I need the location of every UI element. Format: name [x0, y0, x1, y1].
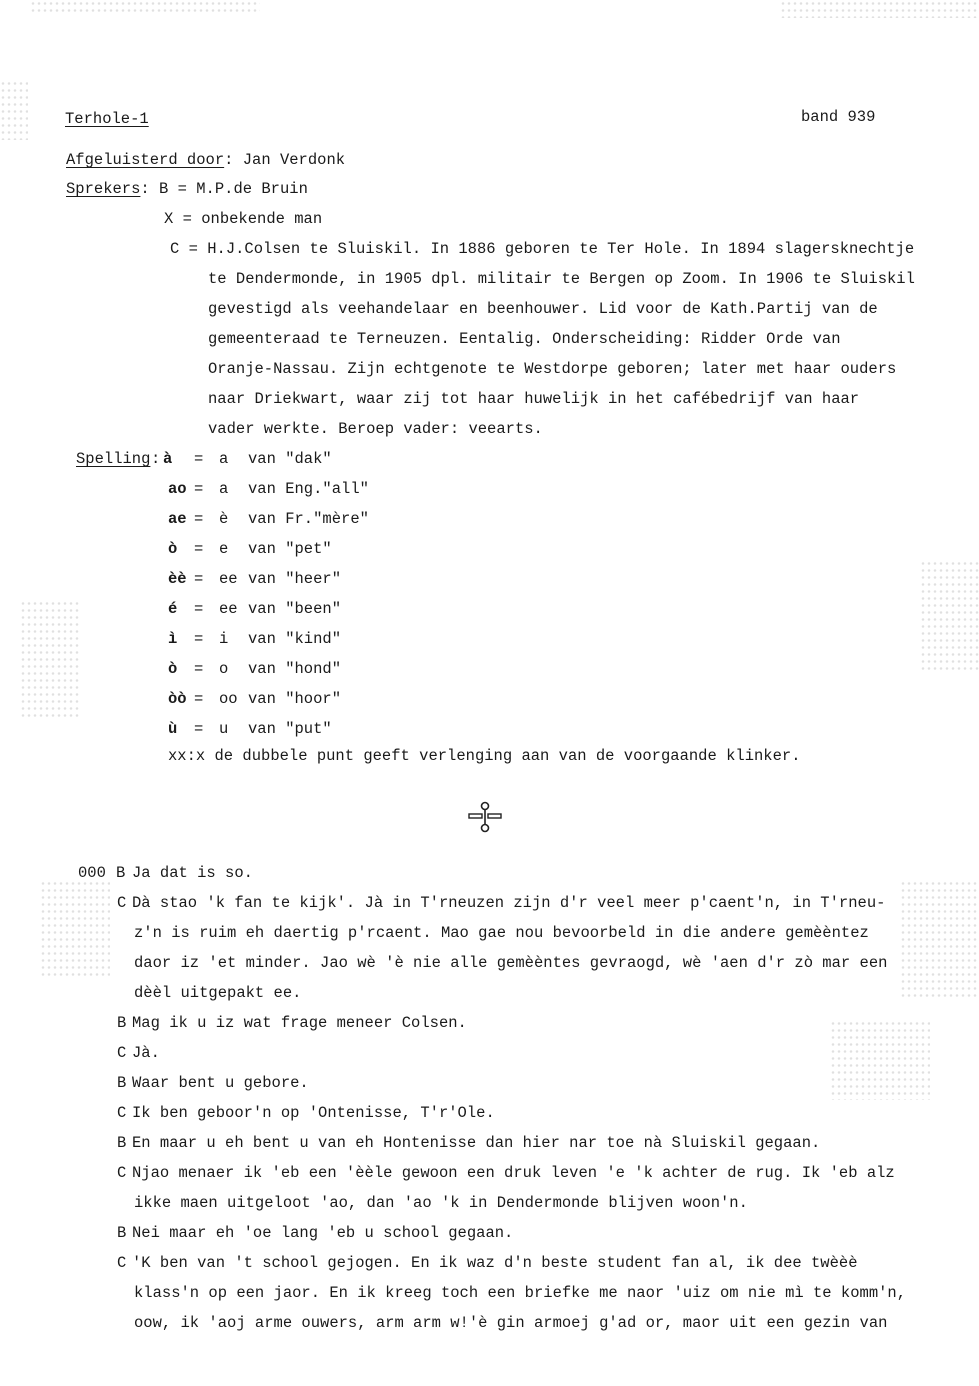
speaker-marker: C [117, 1256, 126, 1272]
speaker-key: B [159, 180, 168, 198]
spelling-note: xx:x de dubbele punt geeft verlenging aa… [168, 749, 801, 765]
tape-counter: 000 [78, 866, 106, 882]
speaker-x: X = onbekende man [164, 212, 322, 228]
speaker-marker: B [117, 1016, 126, 1032]
speaker-bio-line: te Dendermonde, in 1905 dpl. militair te… [208, 272, 915, 288]
document-title: Terhole-1 [65, 112, 149, 128]
scanned-page: Terhole-1 band 939 Afgeluisterd door: Ja… [0, 0, 979, 1386]
scan-noise [40, 880, 110, 980]
tape-number: band 939 [801, 110, 875, 126]
transcript-line: oow, ik 'aoj arme ouwers, arm arm w!'è g… [134, 1316, 887, 1332]
scan-noise [30, 0, 260, 14]
spelling-value: ee [219, 602, 238, 618]
speaker-bio-line: H.J.Colsen te Sluiskil. In 1886 geboren … [207, 240, 914, 258]
spelling-equals: = [194, 542, 203, 558]
listened-by-label: Afgeluisterd door [66, 151, 224, 169]
spelling-example: van Eng."all" [248, 482, 369, 498]
spelling-equals: = [194, 692, 203, 708]
spelling-symbol: èè [168, 572, 187, 588]
transcript-line: klass'n op een jaor. En ik kreeg toch ee… [134, 1286, 906, 1302]
spelling-symbol: ò [168, 542, 177, 558]
spelling-value: a [219, 452, 228, 468]
spelling-symbol: òò [168, 692, 187, 708]
speaker-bio-line: vader werkte. Beroep vader: veearts. [208, 422, 543, 438]
transcript-line: Dà stao 'k fan te kijk'. Jà in T'rneuzen… [132, 896, 885, 912]
spelling-symbol: à [163, 452, 172, 468]
speaker-marker: B [116, 866, 125, 882]
scan-noise [780, 0, 979, 18]
transcript-line: Ik ben geboor'n op 'Ontenisse, T'r'Ole. [132, 1106, 495, 1122]
listened-by-value: : Jan Verdonk [224, 151, 345, 169]
transcript-line: Njao menaer ik 'eb een 'èèle gewoon een … [132, 1166, 895, 1182]
scan-noise [920, 560, 979, 670]
speaker-key: C [170, 240, 179, 258]
spelling-example: van "dak" [248, 452, 332, 468]
speaker-marker: B [117, 1076, 126, 1092]
spelling-label: Spelling [76, 452, 150, 468]
speaker-marker: C [117, 1166, 126, 1182]
speaker-key: X [164, 210, 173, 228]
spelling-symbol: ae [168, 512, 187, 528]
speaker-marker: B [117, 1136, 126, 1152]
spelling-equals: = [194, 632, 203, 648]
transcript-line: Nei maar eh 'oe lang 'eb u school gegaan… [132, 1226, 513, 1242]
speaker-marker: C [117, 896, 126, 912]
spelling-equals: = [194, 572, 203, 588]
speaker-marker: C [117, 1046, 126, 1062]
transcript-line: En maar u eh bent u van eh Hontenisse da… [132, 1136, 820, 1152]
spelling-colon: : [151, 452, 160, 468]
speaker-bio-line: Oranje-Nassau. Zijn echtgenote te Westdo… [208, 362, 896, 378]
spelling-value: oo [219, 692, 238, 708]
spelling-value: è [219, 512, 228, 528]
spelling-equals: = [194, 512, 203, 528]
spelling-example: van "been" [248, 602, 341, 618]
transcript-line: Ja dat is so. [132, 866, 253, 882]
spelling-symbol: ò [168, 662, 177, 678]
divider-ornament-icon [468, 801, 502, 833]
speakers-heading: Sprekers: B = M.P.de Bruin [66, 182, 308, 198]
spelling-symbol: é [168, 602, 177, 618]
spelling-equals: = [194, 482, 203, 498]
speakers-label: Sprekers [66, 180, 140, 198]
scan-noise [0, 80, 28, 140]
speaker-marker: C [117, 1106, 126, 1122]
spelling-equals: = [194, 722, 203, 738]
spelling-example: van "hoor" [248, 692, 341, 708]
transcript-line: Mag ik u iz wat frage meneer Colsen. [132, 1016, 467, 1032]
spelling-example: van "pet" [248, 542, 332, 558]
spelling-symbol: ao [168, 482, 187, 498]
speaker-marker: B [117, 1226, 126, 1242]
spelling-example: van "hond" [248, 662, 341, 678]
spelling-value: e [219, 542, 228, 558]
spelling-example: van "kind" [248, 632, 341, 648]
transcript-line: Jà. [132, 1046, 160, 1062]
transcript-line: dèèl uitgepakt ee. [134, 986, 301, 1002]
scan-noise [900, 880, 979, 1000]
transcript-line: 'K ben van 't school gejogen. En ik waz … [132, 1256, 858, 1272]
transcript-line: daor iz 'et minder. Jao wè 'è nie alle g… [134, 956, 887, 972]
scan-noise [20, 600, 80, 720]
transcript-line: ikke maen uitgeloot 'ao, dan 'ao 'k in D… [134, 1196, 748, 1212]
spelling-equals: = [194, 662, 203, 678]
speaker-c: C = H.J.Colsen te Sluiskil. In 1886 gebo… [170, 242, 914, 258]
spelling-example: van "put" [248, 722, 332, 738]
spelling-equals: = [194, 452, 203, 468]
scan-noise [830, 1020, 930, 1100]
spelling-value: a [219, 482, 228, 498]
speaker-name: onbekende man [201, 210, 322, 228]
speaker-bio-line: naar Driekwart, waar zij tot haar huweli… [208, 392, 859, 408]
spelling-equals: = [194, 602, 203, 618]
spelling-value: ee [219, 572, 238, 588]
transcript-line: Waar bent u gebore. [132, 1076, 309, 1092]
spelling-value: i [219, 632, 228, 648]
spelling-value: u [219, 722, 228, 738]
spelling-example: van "heer" [248, 572, 341, 588]
speaker-name: M.P.de Bruin [196, 180, 308, 198]
spelling-symbol: ì [168, 632, 177, 648]
spelling-example: van Fr."mère" [248, 512, 369, 528]
spelling-value: o [219, 662, 228, 678]
speaker-bio-line: gemeenteraad te Terneuzen. Eentalig. Ond… [208, 332, 841, 348]
speaker-bio-line: gevestigd als veehandelaar en beenhouwer… [208, 302, 878, 318]
spelling-symbol: ù [168, 722, 177, 738]
listened-by: Afgeluisterd door: Jan Verdonk [66, 153, 345, 169]
transcript-line: z'n is ruim eh daertig p'rcaent. Mao gae… [134, 926, 869, 942]
